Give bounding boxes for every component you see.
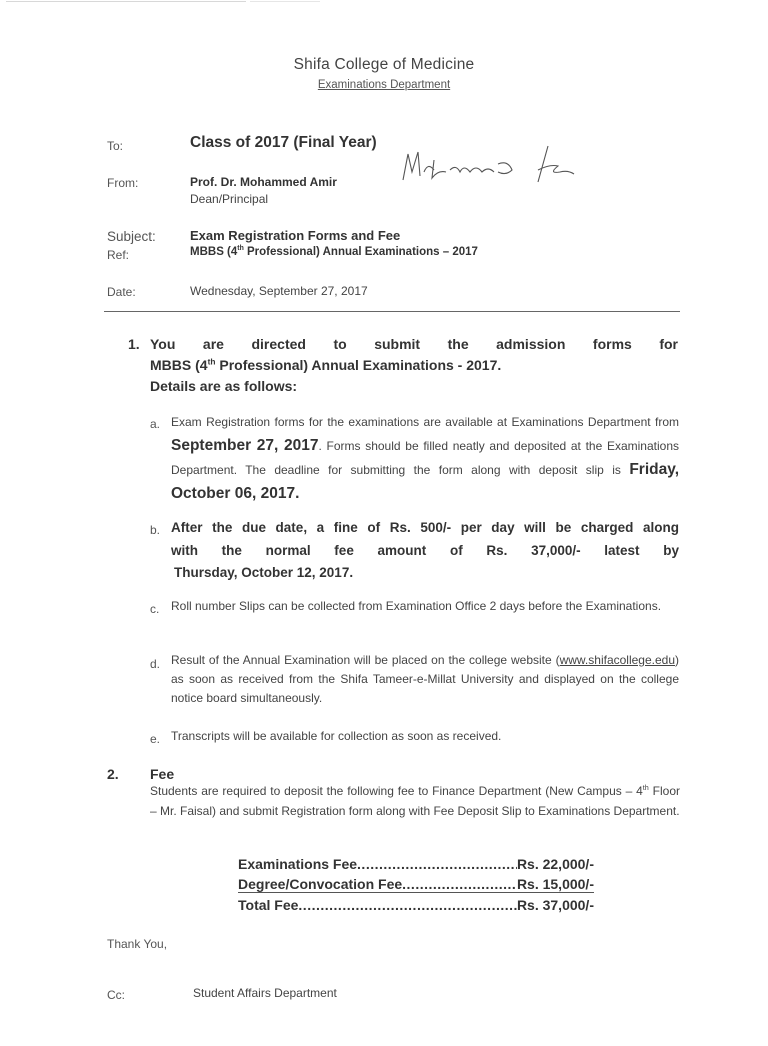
section-1-line-3: Details are as follows:: [150, 376, 297, 396]
section-2-text: Students are required to deposit the fol…: [150, 781, 680, 821]
signature: [398, 142, 588, 192]
date-value: Wednesday, September 27, 2017: [190, 284, 368, 298]
fee-amount: Rs. 37,000/-: [517, 897, 594, 913]
scan-artifact: [250, 1, 320, 2]
late-fee-deadline: Thursday, October 12, 2017.: [174, 562, 353, 583]
to-label: To:: [107, 139, 123, 153]
to-value: Class of 2017 (Final Year): [190, 134, 377, 152]
section-2-number: 2.: [107, 764, 119, 784]
item-e-letter: e.: [150, 732, 160, 746]
ref-label: Ref:: [107, 248, 129, 262]
fee-label: Total Fee: [238, 897, 298, 913]
from-title: Dean/Principal: [190, 192, 268, 206]
fee-row-total: Total Fee...............................…: [238, 897, 594, 913]
section-1-line-1: You are directed to submit the admission…: [150, 334, 678, 354]
signature-scribble-icon: [398, 142, 588, 187]
item-d-letter: d.: [150, 657, 160, 671]
fee-amount: Rs. 22,000/-: [517, 856, 594, 872]
item-b-line-2: with the normal fee amount of Rs. 37,000…: [171, 540, 679, 561]
cc-value: Student Affairs Department: [193, 986, 337, 1000]
item-c-letter: c.: [150, 602, 159, 616]
fee-label: Degree/Convocation Fee: [238, 876, 402, 892]
closing-thanks: Thank You,: [107, 937, 167, 951]
fee-amount: Rs. 15,000/-: [517, 876, 594, 892]
institution-name: Shifa College of Medicine: [0, 56, 768, 74]
item-a-letter: a.: [150, 417, 160, 431]
subject-label: Subject:: [107, 229, 156, 244]
registration-open-date: September 27, 2017: [171, 437, 318, 454]
item-b-line-1: After the due date, a fine of Rs. 500/- …: [171, 517, 679, 538]
cc-label: Cc:: [107, 988, 125, 1002]
subject-value: Exam Registration Forms and Fee: [190, 228, 400, 243]
item-d-text: Result of the Annual Examination will be…: [171, 651, 679, 708]
date-label: Date:: [107, 285, 136, 299]
section-1-number: 1.: [128, 334, 140, 354]
college-website-link[interactable]: www.shifacollege.edu: [560, 653, 675, 667]
fee-label: Examinations Fee: [238, 856, 357, 872]
section-1-line-2: MBBS (4th Professional) Annual Examinati…: [150, 355, 501, 375]
scan-artifact: [6, 1, 246, 2]
ref-value: MBBS (4th Professional) Annual Examinati…: [190, 246, 478, 258]
fee-row-degree-convocation: Degree/Convocation Fee..................…: [238, 876, 594, 893]
item-a-text: Exam Registration forms for the examinat…: [171, 411, 679, 506]
item-e-text: Transcripts will be available for collec…: [171, 726, 679, 746]
from-label: From:: [107, 176, 138, 190]
item-c-text: Roll number Slips can be collected from …: [171, 597, 679, 616]
from-name: Prof. Dr. Mohammed Amir: [190, 175, 337, 189]
fee-row-examinations: Examinations Fee........................…: [238, 856, 594, 872]
department-name: Examinations Department: [0, 79, 768, 91]
item-b-letter: b.: [150, 523, 160, 537]
header-divider: [104, 311, 680, 312]
